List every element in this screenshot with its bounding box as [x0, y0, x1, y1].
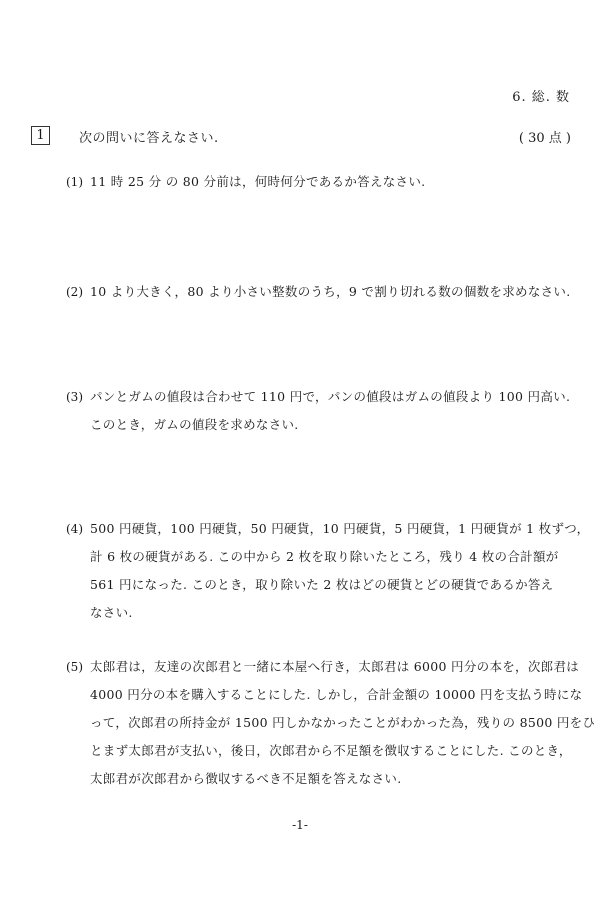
question-2: (2) 10 より大きく，80 より小さい整数のうち，9 で割り切れる数の個数を… [66, 278, 566, 306]
question-body: 太郎君は，友達の次郎君と一緒に本屋へ行き，太郎君は 6000 円分の本を，次郎君… [90, 653, 566, 793]
question-text-line: 561 円になった. このとき，取り除いた 2 枚はどの硬貨とどの硬貨であるか答… [90, 571, 566, 599]
question-body: パンとガムの値段は合わせて 110 円で，パンの値段はガムの値段より 100 円… [90, 383, 566, 439]
question-text-line: 計 6 枚の硬貨がある. この中から 2 枚を取り除いたところ，残り 4 枚の合… [90, 543, 566, 571]
question-number: (4) [66, 515, 83, 543]
question-text-line: パンとガムの値段は合わせて 110 円で，パンの値段はガムの値段より 100 円… [90, 383, 566, 411]
section-points: ( 30 点 ) [519, 127, 571, 146]
question-3: (3) パンとガムの値段は合わせて 110 円で，パンの値段はガムの値段より 1… [66, 383, 566, 439]
question-number: (1) [66, 168, 83, 196]
section-number-box: 1 [31, 126, 50, 145]
exam-page: 6. 総. 数 1 次の問いに答えなさい. ( 30 点 ) (1) 11 時 … [0, 0, 600, 900]
question-1: (1) 11 時 25 分 の 80 分前は，何時何分であるか答えなさい. [66, 168, 566, 196]
question-text-line: 太郎君が次郎君から徴収するべき不足額を答えなさい. [90, 765, 566, 793]
question-body: 10 より大きく，80 より小さい整数のうち，9 で割り切れる数の個数を求めなさ… [90, 278, 566, 306]
question-text-line: 4000 円分の本を購入することにした. しかし，合計金額の 10000 円を支… [90, 681, 566, 709]
question-text-line: 太郎君は，友達の次郎君と一緒に本屋へ行き，太郎君は 6000 円分の本を，次郎君… [90, 653, 566, 681]
question-text-line: って，次郎君の所持金が 1500 円しかなかったことがわかった為，残りの 850… [90, 709, 566, 737]
section-instruction: 次の問いに答えなさい. [79, 127, 219, 146]
page-number: -1- [0, 818, 600, 832]
question-text-line: このとき，ガムの値段を求めなさい. [90, 411, 566, 439]
question-text-line: 10 より大きく，80 より小さい整数のうち，9 で割り切れる数の個数を求めなさ… [90, 278, 566, 306]
question-5: (5) 太郎君は，友達の次郎君と一緒に本屋へ行き，太郎君は 6000 円分の本を… [66, 653, 566, 793]
question-text-line: とまず太郎君が支払い，後日，次郎君から不足額を徴収することにした. このとき， [90, 737, 566, 765]
question-body: 500 円硬貨，100 円硬貨，50 円硬貨，10 円硬貨，5 円硬貨，1 円硬… [90, 515, 566, 627]
question-text-line: 11 時 25 分 の 80 分前は，何時何分であるか答えなさい. [90, 168, 566, 196]
question-text-line: 500 円硬貨，100 円硬貨，50 円硬貨，10 円硬貨，5 円硬貨，1 円硬… [90, 515, 566, 543]
question-body: 11 時 25 分 の 80 分前は，何時何分であるか答えなさい. [90, 168, 566, 196]
question-text-line: なさい. [90, 599, 566, 627]
question-number: (2) [66, 278, 83, 306]
subject-label: 6. 総. 数 [512, 86, 570, 105]
question-4: (4) 500 円硬貨，100 円硬貨，50 円硬貨，10 円硬貨，5 円硬貨，… [66, 515, 566, 627]
question-number: (5) [66, 653, 83, 681]
question-number: (3) [66, 383, 83, 411]
section-header: 1 次の問いに答えなさい. ( 30 点 ) [31, 126, 571, 146]
